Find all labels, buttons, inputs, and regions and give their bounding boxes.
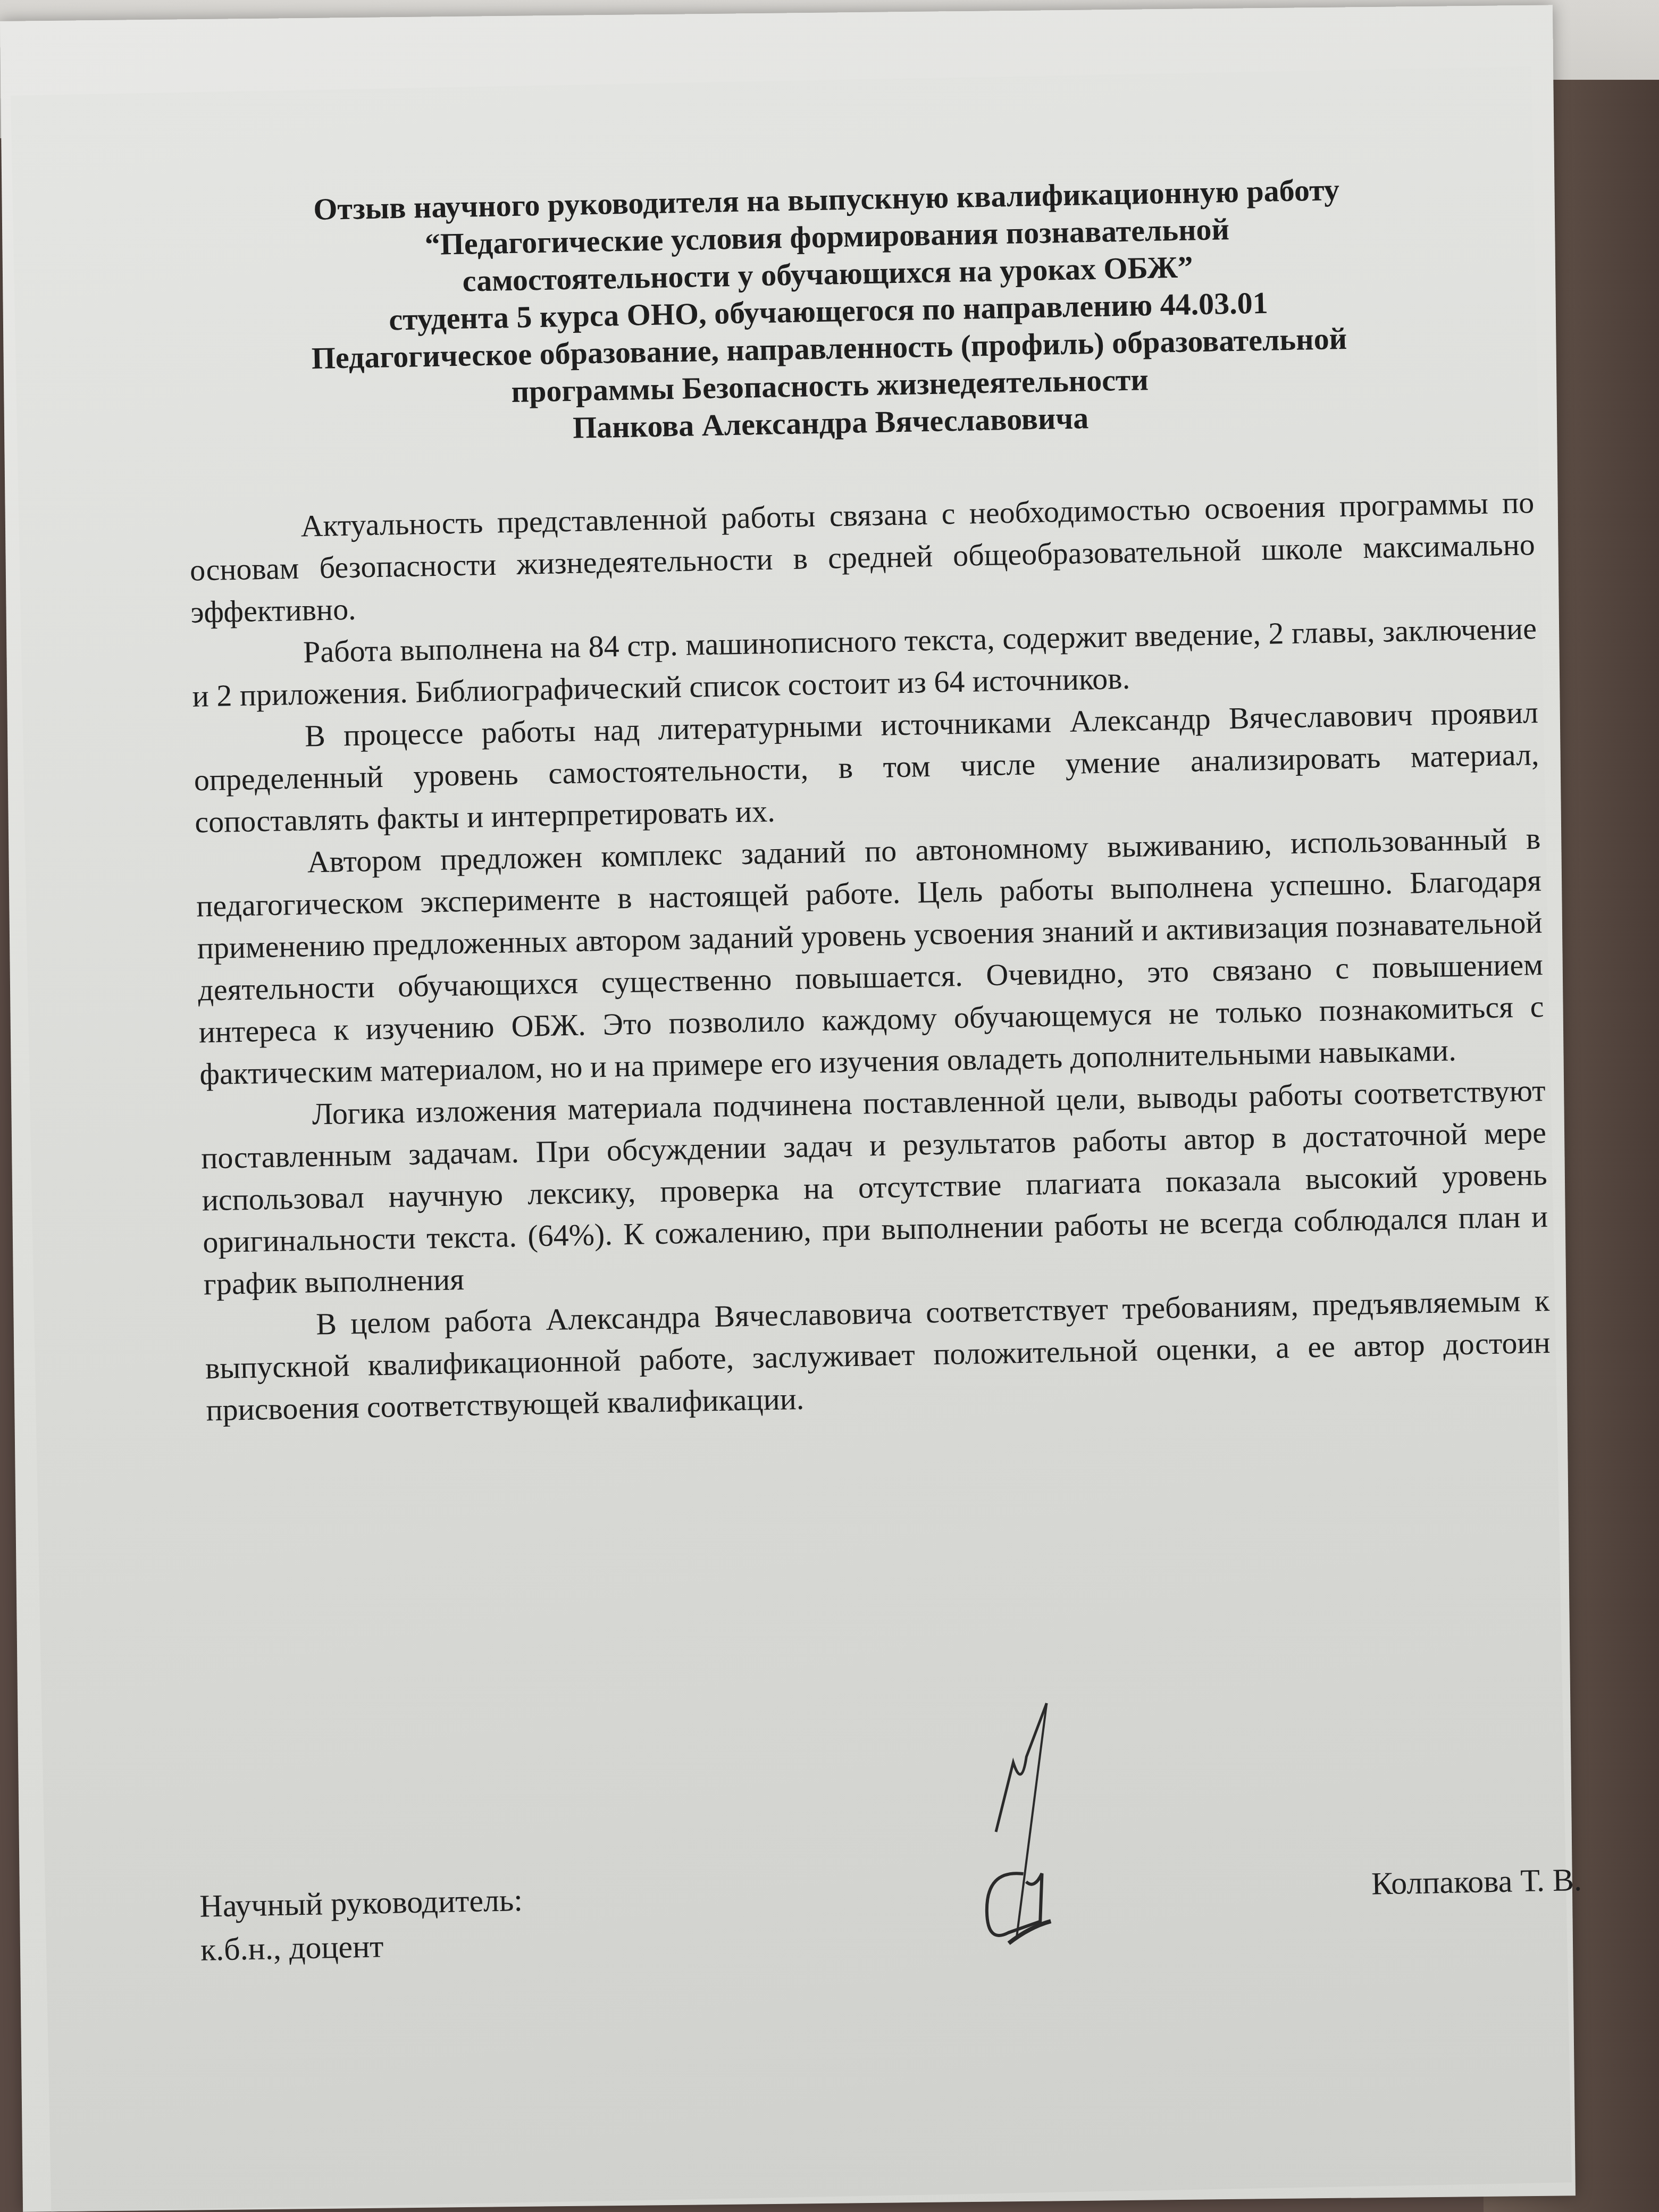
- paragraph-conclusion: В целом работа Александра Вячеславовича …: [204, 1279, 1552, 1431]
- paragraph-logic: Логика изложения материала подчинена пос…: [200, 1069, 1549, 1305]
- paragraph-relevance: Актуальность представленной работы связа…: [189, 481, 1536, 633]
- signature-block: Научный руководитель: к.б.н., доцент Кол…: [199, 1858, 1585, 2023]
- document-header: Отзыв научного руководителя на выпускную…: [215, 170, 1443, 454]
- handwritten-signature-icon: [961, 1696, 1136, 1955]
- document-page: Отзыв научного руководителя на выпускную…: [11, 66, 1572, 2211]
- supervisor-degree: к.б.н., доцент: [200, 1922, 524, 1972]
- paragraph-independence: В процессе работы над литературными исто…: [192, 691, 1540, 843]
- paragraph-tasks: Автором предложен комплекс заданий по ав…: [195, 817, 1545, 1095]
- supervisor-name: Колпакова Т. В.: [1371, 1858, 1582, 1906]
- review-body: Актуальность представленной работы связа…: [189, 481, 1552, 1431]
- supervisor-role: Научный руководитель:: [199, 1878, 523, 1928]
- supervisor-title: Научный руководитель: к.б.н., доцент: [199, 1878, 524, 1972]
